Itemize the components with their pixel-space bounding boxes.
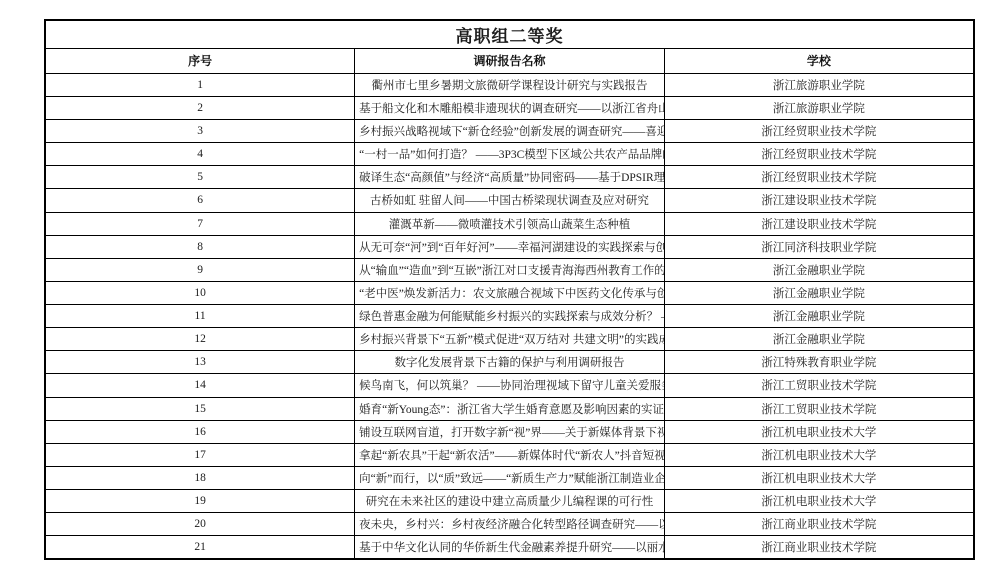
report-title-cell: 基于中华文化认同的华侨新生代金融素养提升研究——以丽水市青田县为例 [355, 536, 665, 559]
row-index-cell: 5 [45, 166, 355, 189]
report-title-cell: “一村一品”如何打造？ ——3P3C模型下区域公共农产品品牌的发展之道 [355, 143, 665, 166]
table-row: 13 数字化发展背景下古籍的保护与利用调研报告 浙江特殊教育职业学院 [45, 351, 974, 374]
school-cell: 浙江同济科技职业学院 [664, 235, 974, 258]
page-canvas: 高职组二等奖 序号 调研报告名称 学校 1 衢州市七里乡暑期文旅微研学课程设计研… [0, 0, 988, 568]
table-title: 高职组二等奖 [45, 20, 974, 48]
report-title-cell: 基于船文化和木雕船模非遗现状的调查研究——以浙江省舟山市定海区为例 [355, 96, 665, 119]
school-cell: 浙江经贸职业技术学院 [664, 143, 974, 166]
report-title-cell: 古桥如虹 驻留人间——中国古桥梁现状调查及应对研究 [355, 189, 665, 212]
table-row: 7 灌溉革新——微喷灌技术引领高山蔬菜生态种植 浙江建设职业技术学院 [45, 212, 974, 235]
table-row: 21 基于中华文化认同的华侨新生代金融素养提升研究——以丽水市青田县为例 浙江商… [45, 536, 974, 559]
row-index-cell: 8 [45, 235, 355, 258]
report-title-cell: 衢州市七里乡暑期文旅微研学课程设计研究与实践报告 [355, 73, 665, 96]
row-index-cell: 9 [45, 258, 355, 281]
table-row: 15 婚育“新Young态”：浙江省大学生婚育意愿及影响因素的实证研究 浙江工贸… [45, 397, 974, 420]
report-title-cell: 夜未央，乡村兴：乡村夜经济融合化转型路径调查研究——以浙江省典型乡镇为考察中心 [355, 513, 665, 536]
table-row: 6 古桥如虹 驻留人间——中国古桥梁现状调查及应对研究 浙江建设职业技术学院 [45, 189, 974, 212]
row-index-cell: 12 [45, 328, 355, 351]
row-index-cell: 6 [45, 189, 355, 212]
school-cell: 浙江旅游职业学院 [664, 73, 974, 96]
report-title-cell: 从“输血”“造血”到“互嵌”浙江对口支援青海海西州教育工作的典型经验与优化路径研… [355, 258, 665, 281]
table-body: 高职组二等奖 序号 调研报告名称 学校 1 衢州市七里乡暑期文旅微研学课程设计研… [45, 20, 974, 559]
row-index-cell: 21 [45, 536, 355, 559]
report-title-cell: 拿起“新农具”干起“新农活”——新媒体时代“新农人”抖音短视频的内容特征调查研究… [355, 443, 665, 466]
report-title-cell: 研究在未来社区的建设中建立高质量少儿编程课的可行性 [355, 490, 665, 513]
row-index-cell: 15 [45, 397, 355, 420]
column-header-index: 序号 [45, 48, 355, 73]
column-header-report-name: 调研报告名称 [355, 48, 665, 73]
column-header-school: 学校 [664, 48, 974, 73]
table-row: 19 研究在未来社区的建设中建立高质量少儿编程课的可行性 浙江机电职业技术大学 [45, 490, 974, 513]
school-cell: 浙江建设职业技术学院 [664, 212, 974, 235]
school-cell: 浙江金融职业学院 [664, 328, 974, 351]
table-header-row: 序号 调研报告名称 学校 [45, 48, 974, 73]
table-row: 8 从无可奈“河”到“百年好河”——幸福河湖建设的实践探索与创新路径 浙江同济科… [45, 235, 974, 258]
report-title-cell: 数字化发展背景下古籍的保护与利用调研报告 [355, 351, 665, 374]
report-title-cell: 乡村振兴战略视域下“新仓经验”创新发展的调查研究——喜迎毛泽东同志“新仓经验”批… [355, 120, 665, 143]
report-title-cell: 向“新”而行，以“质”致远——“新质生产力”赋能浙江制造业企业高质量发展实证研究 [355, 466, 665, 489]
row-index-cell: 11 [45, 305, 355, 328]
row-index-cell: 13 [45, 351, 355, 374]
table-row: 11 绿色普惠金融为何能赋能乡村振兴的实践探索与成效分析？ ——浙皖两省15村为… [45, 305, 974, 328]
row-index-cell: 10 [45, 281, 355, 304]
school-cell: 浙江机电职业技术大学 [664, 466, 974, 489]
school-cell: 浙江金融职业学院 [664, 258, 974, 281]
school-cell: 浙江机电职业技术大学 [664, 443, 974, 466]
table-row: 1 衢州市七里乡暑期文旅微研学课程设计研究与实践报告 浙江旅游职业学院 [45, 73, 974, 96]
row-index-cell: 17 [45, 443, 355, 466]
school-cell: 浙江商业职业技术学院 [664, 513, 974, 536]
award-table: 高职组二等奖 序号 调研报告名称 学校 1 衢州市七里乡暑期文旅微研学课程设计研… [44, 19, 975, 560]
school-cell: 浙江机电职业技术大学 [664, 490, 974, 513]
school-cell: 浙江机电职业技术大学 [664, 420, 974, 443]
table-row: 10 “老中医”焕发新活力：农文旅融合视域下中医药文化传承与创新——基于“中国药… [45, 281, 974, 304]
report-title-cell: 乡村振兴背景下“五新”模式促进“双万结对 共建文明”的实践成效与策略思考——以浙… [355, 328, 665, 351]
row-index-cell: 16 [45, 420, 355, 443]
school-cell: 浙江商业职业技术学院 [664, 536, 974, 559]
report-title-cell: 铺设互联网盲道，打开数字新“视”界——关于新媒体背景下视障人群移动互联网使用行为… [355, 420, 665, 443]
row-index-cell: 19 [45, 490, 355, 513]
row-index-cell: 3 [45, 120, 355, 143]
school-cell: 浙江经贸职业技术学院 [664, 120, 974, 143]
table-row: 9 从“输血”“造血”到“互嵌”浙江对口支援青海海西州教育工作的典型经验与优化路… [45, 258, 974, 281]
school-cell: 浙江经贸职业技术学院 [664, 166, 974, 189]
school-cell: 浙江旅游职业学院 [664, 96, 974, 119]
school-cell: 浙江特殊教育职业学院 [664, 351, 974, 374]
table-row: 5 破译生态“高颜值”与经济“高质量”协同密码——基于DPSIR理论的德清县生态… [45, 166, 974, 189]
school-cell: 浙江金融职业学院 [664, 305, 974, 328]
row-index-cell: 4 [45, 143, 355, 166]
award-results-table: 高职组二等奖 序号 调研报告名称 学校 1 衢州市七里乡暑期文旅微研学课程设计研… [44, 19, 975, 560]
table-row: 3 乡村振兴战略视域下“新仓经验”创新发展的调查研究——喜迎毛泽东同志“新仓经验… [45, 120, 974, 143]
row-index-cell: 14 [45, 374, 355, 397]
report-title-cell: 候鸟南飞，何以筑巢？ ——协同治理视域下留守儿童关爱服务的实践研究 [355, 374, 665, 397]
table-row: 14 候鸟南飞，何以筑巢？ ——协同治理视域下留守儿童关爱服务的实践研究 浙江工… [45, 374, 974, 397]
table-row: 16 铺设互联网盲道，打开数字新“视”界——关于新媒体背景下视障人群移动互联网使… [45, 420, 974, 443]
report-title-cell: 灌溉革新——微喷灌技术引领高山蔬菜生态种植 [355, 212, 665, 235]
row-index-cell: 20 [45, 513, 355, 536]
table-row: 2 基于船文化和木雕船模非遗现状的调查研究——以浙江省舟山市定海区为例 浙江旅游… [45, 96, 974, 119]
school-cell: 浙江工贸职业技术学院 [664, 397, 974, 420]
table-row: 18 向“新”而行，以“质”致远——“新质生产力”赋能浙江制造业企业高质量发展实… [45, 466, 974, 489]
row-index-cell: 1 [45, 73, 355, 96]
school-cell: 浙江建设职业技术学院 [664, 189, 974, 212]
school-cell: 浙江金融职业学院 [664, 281, 974, 304]
report-title-cell: 婚育“新Young态”：浙江省大学生婚育意愿及影响因素的实证研究 [355, 397, 665, 420]
row-index-cell: 2 [45, 96, 355, 119]
row-index-cell: 18 [45, 466, 355, 489]
table-row: 17 拿起“新农具”干起“新农活”——新媒体时代“新农人”抖音短视频的内容特征调… [45, 443, 974, 466]
report-title-cell: 绿色普惠金融为何能赋能乡村振兴的实践探索与成效分析？ ——浙皖两省15村为例 [355, 305, 665, 328]
report-title-cell: “老中医”焕发新活力：农文旅融合视域下中医药文化传承与创新——基于“中国药材之乡… [355, 281, 665, 304]
school-cell: 浙江工贸职业技术学院 [664, 374, 974, 397]
report-title-cell: 从无可奈“河”到“百年好河”——幸福河湖建设的实践探索与创新路径 [355, 235, 665, 258]
table-row: 12 乡村振兴背景下“五新”模式促进“双万结对 共建文明”的实践成效与策略思考—… [45, 328, 974, 351]
report-title-cell: 破译生态“高颜值”与经济“高质量”协同密码——基于DPSIR理论的德清县生态文明… [355, 166, 665, 189]
row-index-cell: 7 [45, 212, 355, 235]
table-title-row: 高职组二等奖 [45, 20, 974, 48]
table-row: 20 夜未央，乡村兴：乡村夜经济融合化转型路径调查研究——以浙江省典型乡镇为考察… [45, 513, 974, 536]
table-row: 4 “一村一品”如何打造？ ——3P3C模型下区域公共农产品品牌的发展之道 浙江… [45, 143, 974, 166]
